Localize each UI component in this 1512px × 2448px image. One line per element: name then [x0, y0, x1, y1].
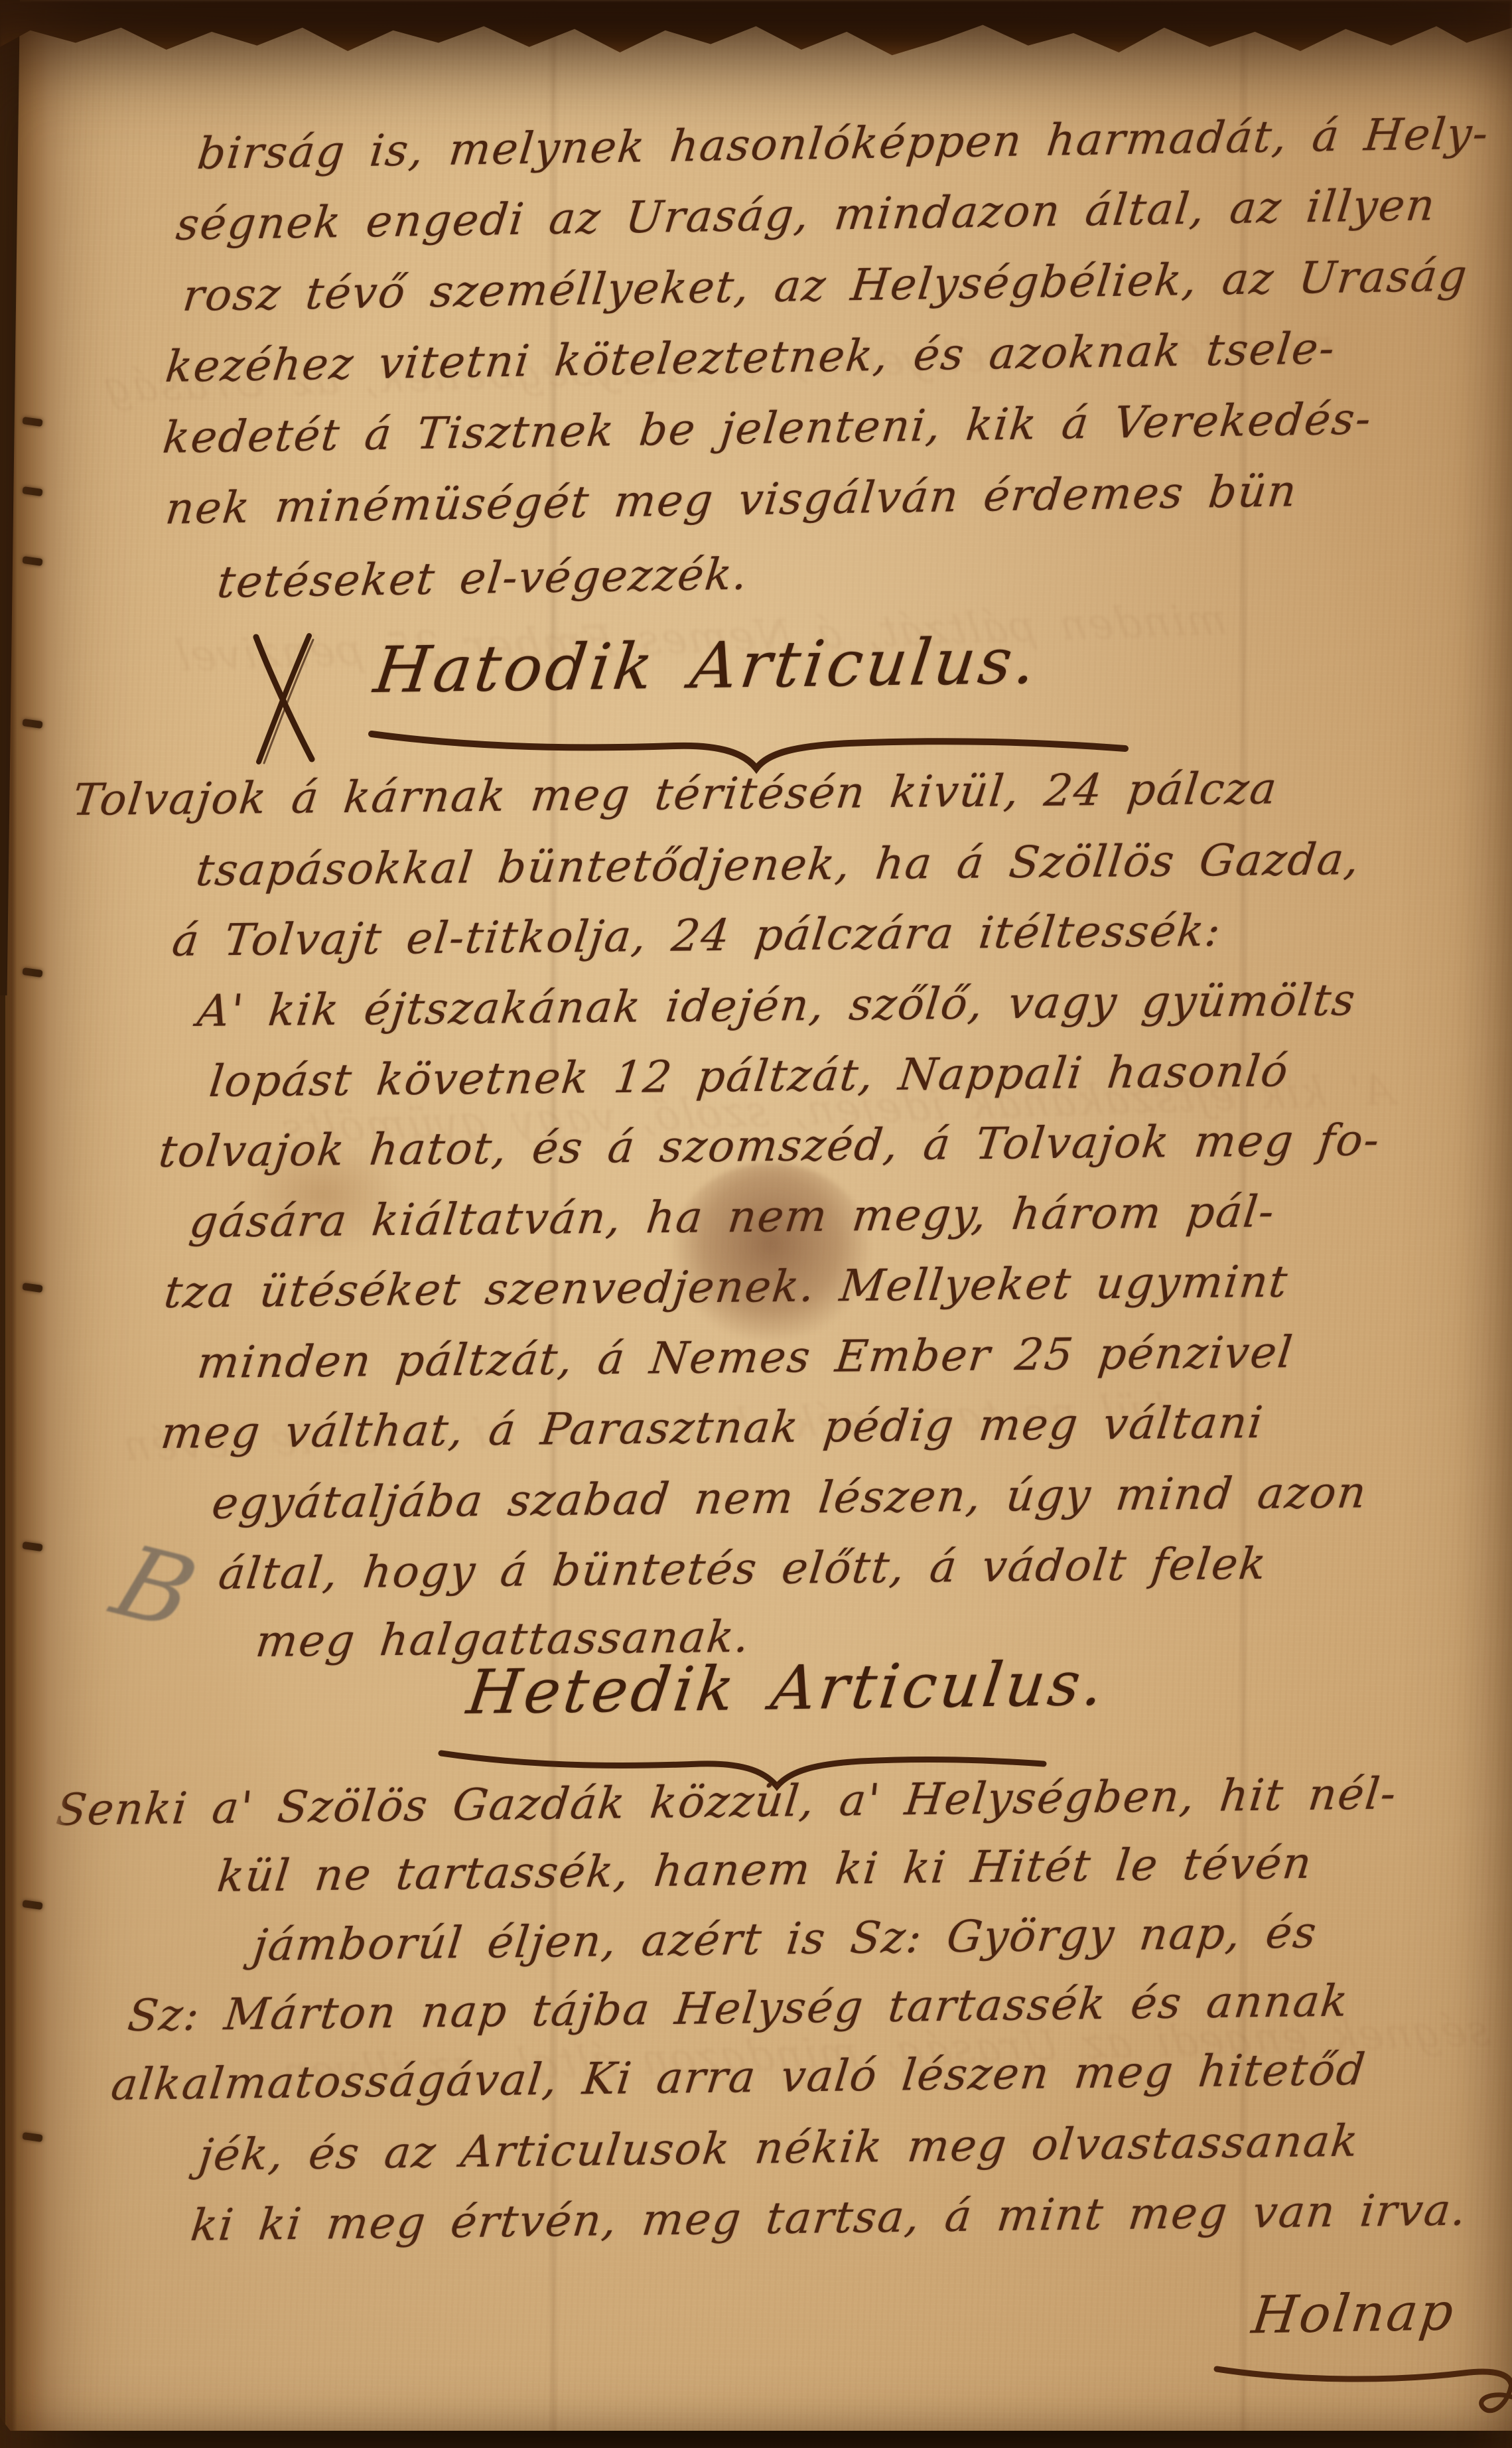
scan-black-edge-bottom [0, 2431, 1512, 2448]
catchword: Holnap [1249, 2286, 1458, 2341]
manuscript-line: meg válthat, á Parasztnak pédig meg vált… [159, 1399, 1267, 1458]
ink-stain [671, 1163, 870, 1342]
manuscript-line: á Tolvajt el-titkolja, 24 pálczára itélt… [170, 907, 1224, 966]
manuscript-line: tsapásokkal büntetődjenek, ha á Szöllös … [194, 835, 1363, 895]
manuscript-line: Tolvajok á kárnak meg téritésén kivül, 2… [70, 765, 1280, 825]
manuscript-line: egyátaljába szabad nem lészen, úgy mind … [210, 1469, 1370, 1528]
manuscript-line: A' kik éjtszakának idején, szőlő, vagy g… [195, 976, 1359, 1035]
manuscript-page: rosz tévő személlyeket, az Helységbéliek… [0, 0, 1512, 2448]
manuscript-line: által, hogy á büntetés előtt, á vádolt f… [216, 1540, 1270, 1599]
manuscript-line: minden páltzát, á Nemes Ember 25 pénzive… [195, 1329, 1296, 1387]
heading-seventh-article: Hetedik Articulus. [464, 1654, 1110, 1723]
manuscript-line: lopást követnek 12 páltzát, Nappali haso… [207, 1047, 1292, 1106]
margin-cross-mark [244, 629, 324, 768]
heading-sixth-article: Hatodik Articulus. [371, 629, 1043, 702]
manuscript-line: gására kiáltatván, ha nem megy, három pá… [187, 1188, 1278, 1246]
manuscript-line: tetéseket el-végezzék. [215, 550, 751, 607]
manuscript-line: tza ütéséket szenvedjenek. Mellyeket ugy… [162, 1258, 1291, 1317]
